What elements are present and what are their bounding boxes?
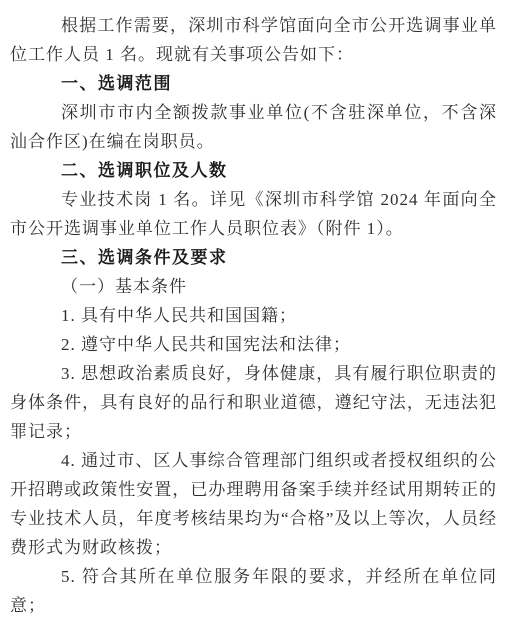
positions-paragraph: 专业技术岗 1 名。详见《深圳市科学馆 2024 年面向全市公开选调事业单位工作… [10,185,497,243]
intro-paragraph: 根据工作需要，深圳市科学馆面向全市公开选调事业单位工作人员 1 名。现就有关事项… [10,11,497,69]
section-heading-conditions: 三、选调条件及要求 [10,243,497,272]
condition-item-2: 2. 遵守中华人民共和国宪法和法律； [10,330,497,359]
scope-paragraph: 深圳市市内全额拨款事业单位(不含驻深单位，不含深汕合作区)在编在岗职员。 [10,98,497,156]
section-heading-positions: 二、选调职位及人数 [10,156,497,185]
condition-item-5: 5. 符合其所在单位服务年限的要求，并经所在单位同意； [10,562,497,620]
condition-item-1: 1. 具有中华人民共和国国籍； [10,301,497,330]
document-page: 根据工作需要，深圳市科学馆面向全市公开选调事业单位工作人员 1 名。现就有关事项… [0,0,510,626]
condition-item-4: 4. 通过市、区人事综合管理部门组织或者授权组织的公开招聘或政策性安置，已办理聘… [10,446,497,562]
section-heading-scope: 一、选调范围 [10,69,497,98]
condition-item-3: 3. 思想政治素质良好，身体健康，具有履行职位职责的身体条件，具有良好的品行和职… [10,359,497,446]
subsection-basic-conditions: （一）基本条件 [10,272,497,301]
